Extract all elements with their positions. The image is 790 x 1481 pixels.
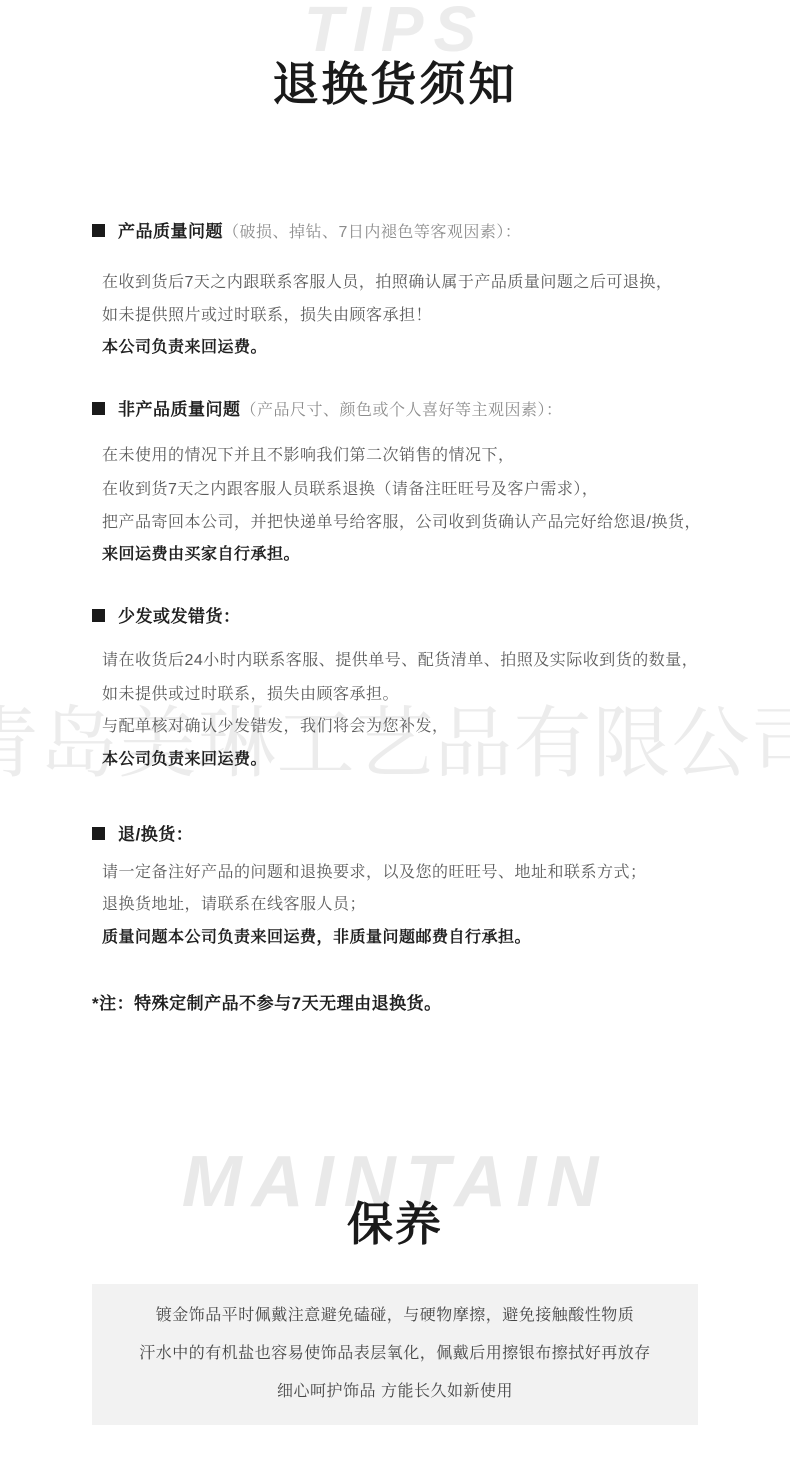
policy-line: 如未提供照片或过时联系，损失由顾客承担！ bbox=[102, 302, 432, 325]
policy-line: 如未提供或过时联系，损失由顾客承担。 bbox=[102, 681, 399, 704]
section-heading-note: （产品尺寸、颜色或个人喜好等主观因素）： bbox=[241, 402, 563, 419]
square-bullet-icon bbox=[92, 402, 105, 415]
care-instructions-box: 镀金饰品平时佩戴注意避免磕碰，与硬物摩擦，避免接触酸性物质 汗水中的有机盐也容易… bbox=[92, 1284, 698, 1425]
section-heading-label: 非产品质量问题 bbox=[118, 400, 241, 419]
section-heading-wrong-shipment: 少发或发错货： bbox=[92, 602, 241, 627]
policy-line-emphasis: 本公司负责来回运费。 bbox=[102, 746, 267, 769]
policy-line-emphasis: 本公司负责来回运费。 bbox=[102, 334, 267, 357]
maintain-title: 保养 bbox=[0, 1188, 790, 1254]
policy-line: 退换货地址，请联系在线客服人员； bbox=[102, 891, 366, 914]
care-line: 细心呵护饰品 方能长久如新使用 bbox=[92, 1373, 698, 1411]
section-heading-note: （破损、掉钻、7日内褪色等客观因素）： bbox=[223, 224, 521, 241]
square-bullet-icon bbox=[92, 224, 105, 237]
policy-line-emphasis: 来回运费由买家自行承担。 bbox=[102, 541, 300, 564]
custom-product-note: *注：特殊定制产品不参与7天无理由退换货。 bbox=[92, 989, 442, 1014]
returns-notice-page: TIPS 退换货须知 产品质量问题（破损、掉钻、7日内褪色等客观因素）： 在收到… bbox=[0, 0, 790, 1481]
section-heading-label: 退/换货： bbox=[118, 825, 193, 844]
page-title: 退换货须知 bbox=[0, 48, 790, 114]
square-bullet-icon bbox=[92, 609, 105, 622]
policy-line: 在未使用的情况下并且不影响我们第二次销售的情况下， bbox=[102, 442, 515, 465]
policy-line: 把产品寄回本公司，并把快递单号给客服，公司收到货确认产品完好给您退/换货， bbox=[102, 509, 701, 532]
policy-line: 在收到货7天之内跟客服人员联系退换（请备注旺旺号及客户需求）， bbox=[102, 476, 598, 499]
section-heading-non-quality: 非产品质量问题（产品尺寸、颜色或个人喜好等主观因素）： bbox=[92, 395, 563, 420]
policy-line: 请在收货后24小时内联系客服、提供单号、配货清单、拍照及实际收到货的数量， bbox=[102, 647, 698, 670]
section-heading-label: 少发或发错货： bbox=[118, 607, 241, 626]
care-line: 镀金饰品平时佩戴注意避免磕碰，与硬物摩擦，避免接触酸性物质 bbox=[92, 1297, 698, 1335]
square-bullet-icon bbox=[92, 827, 105, 840]
policy-line: 在收到货后7天之内跟联系客服人员，拍照确认属于产品质量问题之后可退换， bbox=[102, 269, 672, 292]
policy-line: 请一定备注好产品的问题和退换要求，以及您的旺旺号、地址和联系方式； bbox=[102, 859, 647, 882]
section-heading-product-quality: 产品质量问题（破损、掉钻、7日内褪色等客观因素）： bbox=[92, 217, 521, 242]
policy-line: 与配单核对确认少发错发，我们将会为您补发， bbox=[102, 713, 449, 736]
section-heading-return-exchange: 退/换货： bbox=[92, 820, 193, 845]
care-line: 汗水中的有机盐也容易使饰品表层氧化，佩戴后用擦银布擦拭好再放存 bbox=[92, 1335, 698, 1373]
section-heading-label: 产品质量问题 bbox=[118, 222, 223, 241]
policy-line-emphasis: 质量问题本公司负责来回运费，非质量问题邮费自行承担。 bbox=[102, 924, 531, 947]
